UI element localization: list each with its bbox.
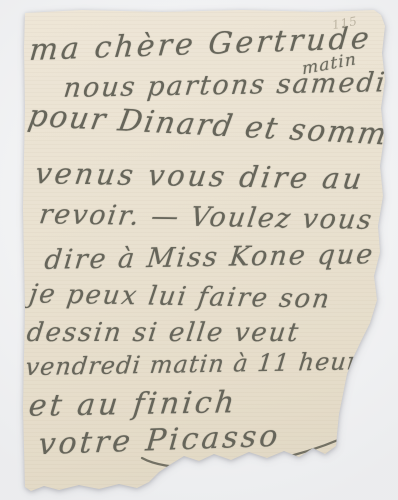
handwritten-line-4: venus vous dire au [33,159,366,194]
letter-paper: ma chère Gertrude nous partons samedi, m… [22,8,390,492]
handwritten-line-2: nous partons samedi, matin [62,69,398,102]
handwritten-line-9: vendredi matin à 11 heures [24,349,389,379]
handwritten-line-5: revoir. — Voulez vous [37,201,375,234]
handwritten-line-8: dessin si elle veut [25,320,301,346]
paper-shadow: ma chère Gertrude nous partons samedi, m… [22,8,390,492]
handwritten-line-7: je peux lui faire son [28,281,333,312]
photo-background: ma chère Gertrude nous partons samedi, m… [0,0,398,500]
handwritten-line-6: dire à Miss Kone que [43,241,375,274]
handwritten-line-2-text: nous partons samedi, [62,67,398,104]
signature-flourish [130,412,376,474]
handwritten-line-3: pour Dinard et sommes [26,102,398,153]
